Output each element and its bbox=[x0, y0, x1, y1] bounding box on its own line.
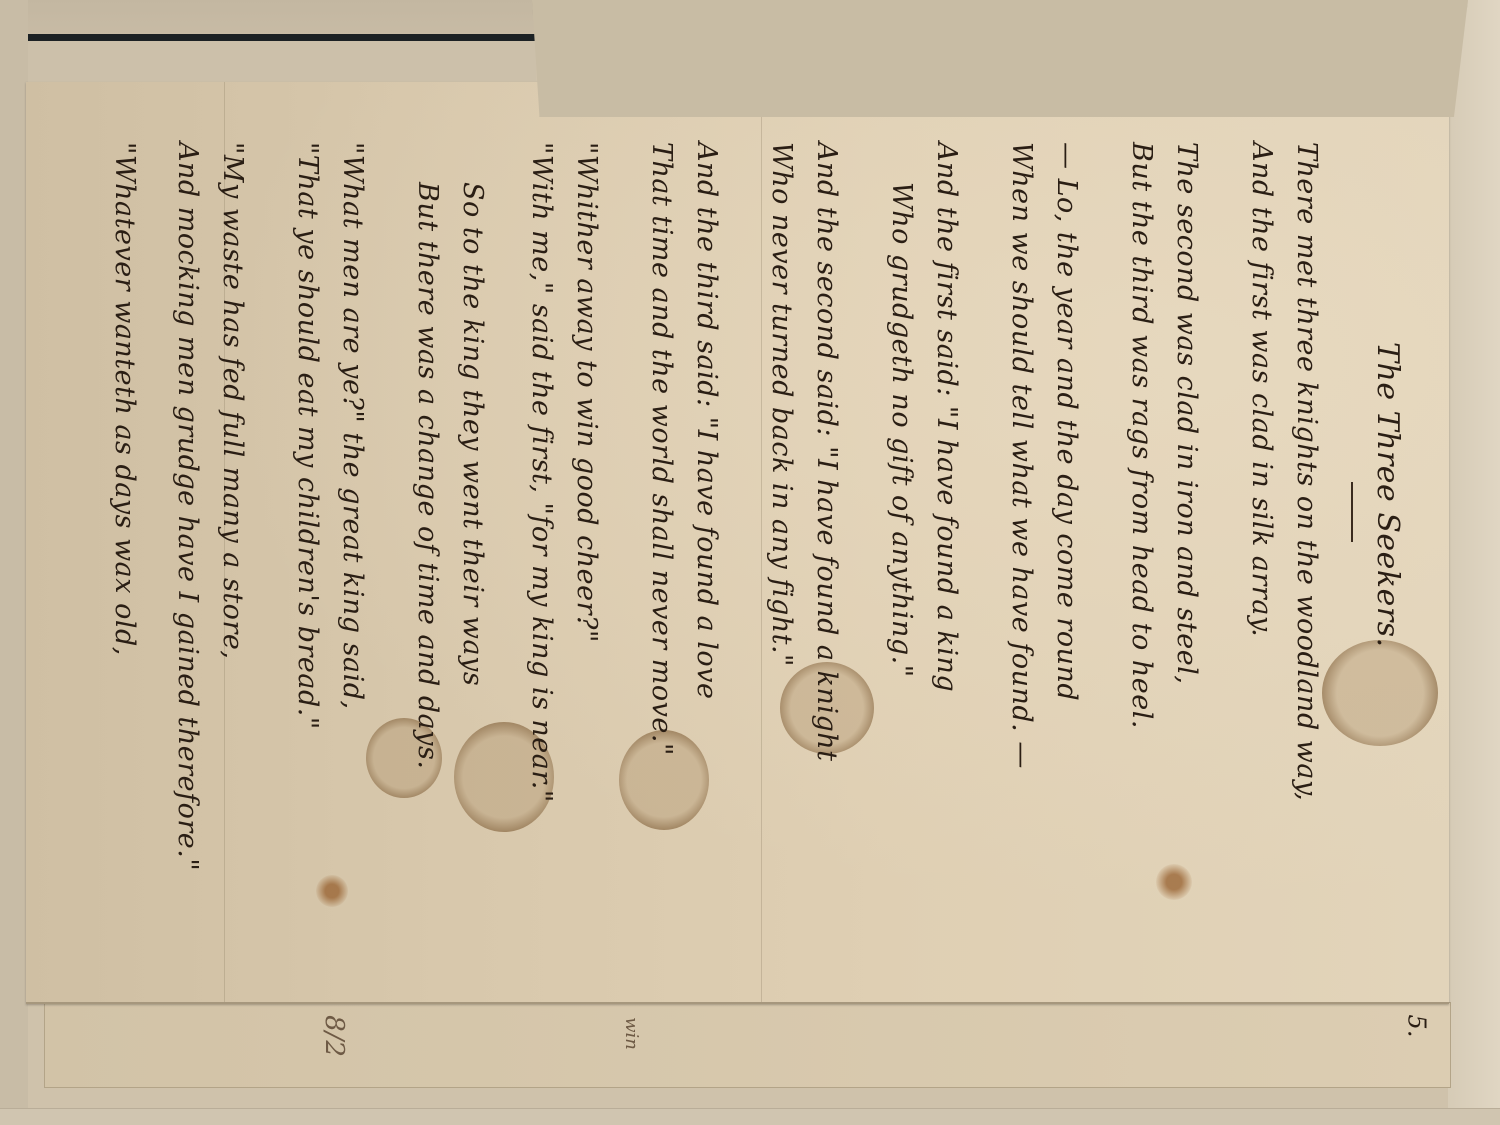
backdrop-mat-right bbox=[1448, 0, 1500, 1125]
folio-number: 5. bbox=[1402, 1015, 1430, 1038]
stanza: And the second said: "I have found a kni… bbox=[759, 142, 849, 962]
stanza: "What men are ye?" the great king said, … bbox=[285, 142, 375, 962]
poem-line: When we should tell what we have found. … bbox=[999, 142, 1044, 962]
stanza: "Whatever wanteth as days wax old, bbox=[102, 142, 147, 962]
underlying-sheet-mark-2: win bbox=[621, 1017, 642, 1050]
stanza: "My waste has fed full many a store, And… bbox=[165, 142, 255, 962]
stanza: There met three knights on the woodland … bbox=[1239, 142, 1329, 962]
stanza: And the third said: "I have found a love… bbox=[639, 142, 729, 962]
backdrop-mat-left bbox=[0, 0, 28, 1125]
poem-line: Who grudgeth no gift of anything." bbox=[879, 142, 924, 962]
poem-line: "Whither away to win good cheer?" bbox=[564, 142, 609, 962]
poem-line: "What men are ye?" the great king said, bbox=[330, 142, 375, 962]
poem-line: But there was a change of time and days. bbox=[405, 142, 450, 962]
stanza: — Lo, the year and the day come round Wh… bbox=[999, 142, 1089, 962]
poem-line: And the first said: "I have found a king bbox=[924, 142, 969, 962]
backdrop-mat-band bbox=[6, 41, 536, 81]
poem-line: And mocking men grudge have I gained the… bbox=[165, 142, 210, 962]
poem-line: That time and the world shall never move… bbox=[639, 142, 684, 962]
poem-line: "That ye should eat my children's bread.… bbox=[285, 142, 330, 962]
poem-line: Who never turned back in any fight." bbox=[759, 142, 804, 962]
title-underline bbox=[1351, 482, 1353, 542]
poem: The Three Seekers. There met three knigh… bbox=[72, 142, 1405, 962]
stanza: The second was clad in iron and steel, B… bbox=[1119, 142, 1209, 962]
manuscript-page: The Three Seekers. There met three knigh… bbox=[26, 82, 1449, 1004]
poem-line: So to the king they went their ways bbox=[450, 142, 495, 962]
overlapping-paper-card bbox=[532, 0, 1468, 117]
stanza: And the first said: "I have found a king… bbox=[879, 142, 969, 962]
poem-line: "My waste has fed full many a store, bbox=[210, 142, 255, 962]
backdrop-mat-bottom bbox=[0, 1108, 1500, 1125]
underlying-sheet-mark-1: 8/2 bbox=[319, 1015, 349, 1057]
poem-line: "Whatever wanteth as days wax old, bbox=[102, 142, 147, 962]
poem-line: And the third said: "I have found a love bbox=[684, 142, 729, 962]
poem-title: The Three Seekers. bbox=[1353, 342, 1405, 962]
manuscript-text-rotated: The Three Seekers. There met three knigh… bbox=[26, 82, 1449, 1002]
poem-line: But the third was rags from head to heel… bbox=[1119, 142, 1164, 962]
stanza: "Whither away to win good cheer?" "With … bbox=[519, 142, 609, 962]
poem-line: And the second said: "I have found a kni… bbox=[804, 142, 849, 962]
poem-line: There met three knights on the woodland … bbox=[1284, 142, 1329, 962]
poem-line: — Lo, the year and the day come round bbox=[1044, 142, 1089, 962]
stanza: So to the king they went their ways But … bbox=[405, 142, 495, 962]
poem-line: "With me," said the first, "for my king … bbox=[519, 142, 564, 962]
underlying-sheet: 8/2 win bbox=[44, 1002, 1451, 1088]
poem-line: And the first was clad in silk array. bbox=[1239, 142, 1284, 962]
poem-line: The second was clad in iron and steel, bbox=[1164, 142, 1209, 962]
